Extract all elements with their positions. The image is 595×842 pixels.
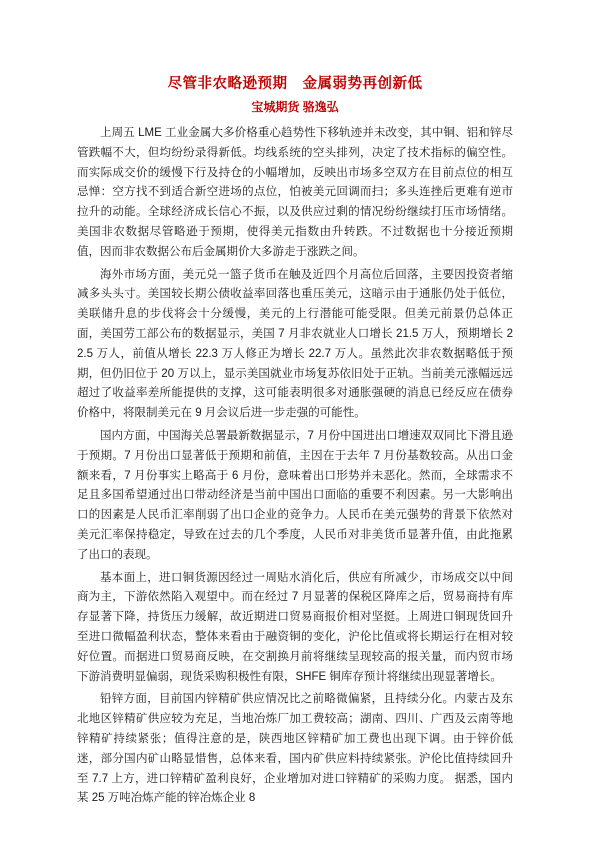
document-body: 上周五 LME 工业金属大多价格重心趋势性下移轨迹并未改变，其中铜、铝和锌尽管跌…: [77, 124, 513, 809]
document-title: 尽管非农略逊预期 金属弱势再创新低: [77, 74, 513, 95]
document-byline: 宝城期货 骆逸弘: [77, 98, 513, 117]
body-paragraph: 国内方面，中国海关总署最新数据显示，7 月份中国进出口增速双双同比下滑且逊于预期…: [77, 427, 513, 566]
body-paragraph: 上周五 LME 工业金属大多价格重心趋势性下移轨迹并未改变，其中铜、铝和锌尽管跌…: [77, 124, 513, 263]
document-page: 尽管非农略逊预期 金属弱势再创新低 宝城期货 骆逸弘 上周五 LME 工业金属大…: [0, 0, 595, 842]
body-paragraph: 海外市场方面，美元兑一篮子货币在触及近四个月高位后回落，主要因投资者缩减多头头寸…: [77, 266, 513, 424]
body-paragraph: 铅锌方面，目前国内锌精矿供应情况比之前略微偏紧，且持续分化。内蒙古及东北地区锌精…: [77, 690, 513, 809]
body-paragraph: 基本面上，进口铜货源因经过一周贴水消化后，供应有所减少，市场成交以中间商为主，下…: [77, 569, 513, 688]
